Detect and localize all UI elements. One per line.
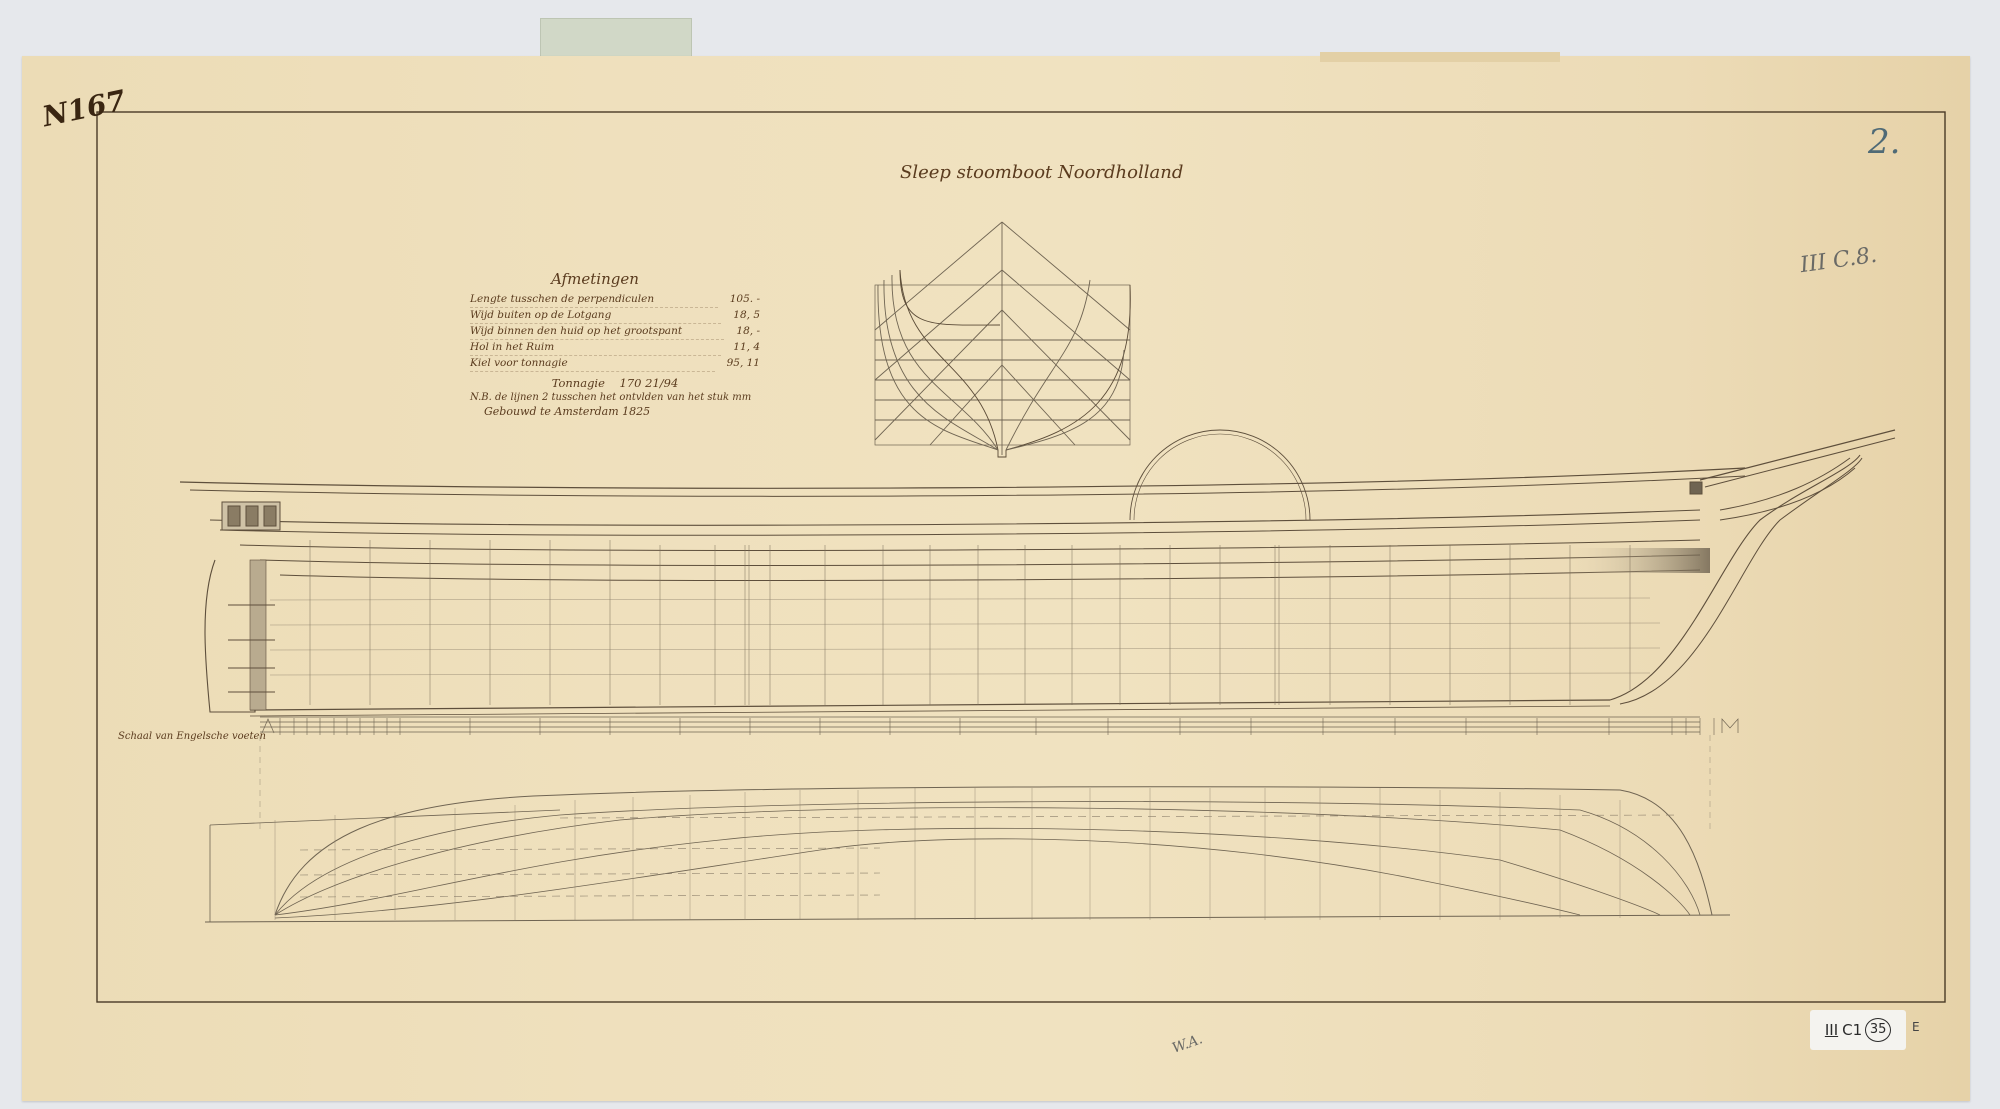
spec-row: Wijd binnen den huid op het grootspant18… <box>470 324 760 340</box>
spec-value: 95, 11 <box>727 356 760 372</box>
archive-tag-circled: 35 <box>1865 1018 1891 1042</box>
specifications-heading: Afmetingen <box>430 270 760 288</box>
body-plan <box>875 222 1130 457</box>
note-line: N.B. de lijnen 2 tusschen het ontvlden v… <box>470 392 760 403</box>
archive-tag-prefix: III <box>1825 1021 1838 1039</box>
archive-tag-suffix: E <box>1912 1020 1920 1034</box>
spec-label: Wijd buiten op de Lotgang <box>470 308 721 324</box>
spec-value: 18, 5 <box>733 308 760 324</box>
half-breadth-plan <box>205 787 1730 922</box>
page-number: 2. <box>1868 122 1900 162</box>
spec-row: Hol in het Ruim11, 4 <box>470 340 760 356</box>
archive-tag-middle: C1 <box>1842 1021 1862 1039</box>
spec-value: 18, - <box>736 324 760 340</box>
spec-label: Hol in het Ruim <box>470 340 721 356</box>
tonnage-label: Tonnagie <box>552 376 605 390</box>
spec-row: Lengte tusschen de perpendiculen105. - <box>470 292 760 308</box>
spec-row: Wijd buiten op de Lotgang18, 5 <box>470 308 760 324</box>
spec-label: Kiel voor tonnagie <box>470 356 715 372</box>
spec-row: Kiel voor tonnagie95, 11 <box>470 356 760 372</box>
drawing-title: Sleep stoomboot Noordholland <box>900 162 1183 183</box>
tonnage-line: Tonnagie 170 21/94 <box>470 376 760 390</box>
spec-value: 11, 4 <box>733 340 760 356</box>
spec-label: Lengte tusschen de perpendiculen <box>470 292 718 308</box>
spec-value: 105. - <box>730 292 760 308</box>
spec-label: Wijd binnen den huid op het grootspant <box>470 324 724 340</box>
built-line: Gebouwd te Amsterdam 1825 <box>470 405 760 418</box>
specifications-table: Afmetingen Lengte tusschen de perpendicu… <box>470 270 760 418</box>
sheer-plan <box>180 430 1895 716</box>
tonnage-value: 170 21/94 <box>620 376 679 390</box>
scale-label: Schaal van Engelsche voeten <box>118 731 266 742</box>
archive-tag: III C1 35 <box>1810 1010 1906 1050</box>
scale-bar <box>260 717 1738 735</box>
